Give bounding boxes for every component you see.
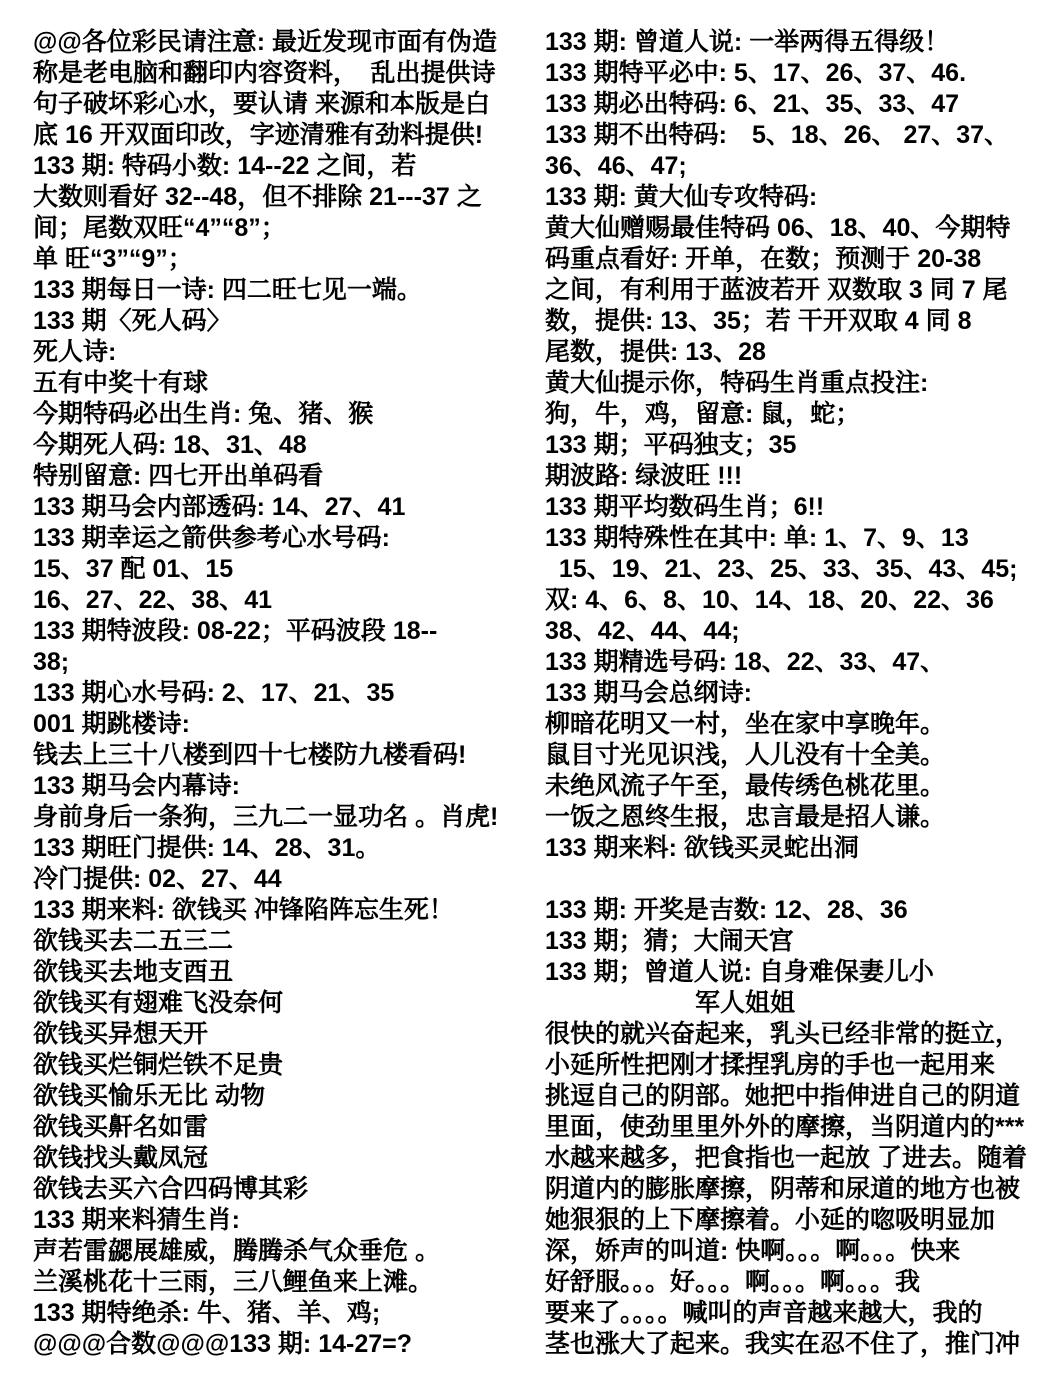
text-line: 133 期马会内部透码: 14、27、41 bbox=[33, 492, 538, 523]
text-line: 欲钱买愉乐无比 动物 bbox=[33, 1081, 538, 1112]
text-line: 133 期；猜；大闹天宫 bbox=[545, 926, 1045, 957]
text-line: 之间，有利用于蓝波若开 双数取 3 同 7 尾 bbox=[545, 275, 1045, 306]
text-line: 尾数，提供: 13、28 bbox=[545, 337, 1045, 368]
text-line: 黄大仙提示你，特码生肖重点投注: bbox=[545, 368, 1045, 399]
text-line: 声若雷勰展雄威，腾腾杀气众垂危 。 bbox=[33, 1236, 538, 1267]
text-line: 鼠目寸光见识浅，人儿没有十全美。 bbox=[545, 740, 1045, 771]
text-line: 兰溪桃花十三雨，三八鲤鱼来上滩。 bbox=[33, 1267, 538, 1298]
text-line: 大数则看好 32--48，但不排除 21---37 之 bbox=[33, 182, 538, 213]
text-line: 133 期马会内幕诗: bbox=[33, 771, 538, 802]
text-line: 133 期: 特码小数: 14--22 之间，若 bbox=[33, 151, 538, 182]
text-line: 欲钱找头戴凤冠 bbox=[33, 1143, 538, 1174]
text-line: 阴道内的膨胀摩擦，阴蒂和尿道的地方也被 bbox=[545, 1174, 1045, 1205]
text-line: 茎也涨大了起来。我实在忍不住了，推门冲 bbox=[545, 1329, 1045, 1360]
text-line: 单 旺“3”“9”； bbox=[33, 244, 538, 275]
text-line: 133 期特殊性在其中: 单: 1、7、9、13 bbox=[545, 523, 1045, 554]
text-line: 很快的就兴奋起来，乳头已经非常的挺立， bbox=[545, 1019, 1045, 1050]
text-line: 今期死人码: 18、31、48 bbox=[33, 430, 538, 461]
text-line: 数，提供: 13、35；若 干开双取 4 同 8 bbox=[545, 306, 1045, 337]
text-line: 133 期马会总纲诗: bbox=[545, 678, 1045, 709]
text-line: 133 期特平必中: 5、17、26、37、46. bbox=[545, 58, 1045, 89]
text-line: 深，娇声的叫道: 快啊。。。啊。。。快来 bbox=[545, 1236, 1045, 1267]
text-line: 里面，使劲里里外外的摩擦，当阴道内的*** bbox=[545, 1112, 1045, 1143]
text-line: 36、46、47; bbox=[545, 151, 1045, 182]
text-line: 挑逗自己的阴部。她把中指伸进自己的阴道 bbox=[545, 1081, 1045, 1112]
text-line: 133 期来料猜生肖: bbox=[33, 1205, 538, 1236]
text-line: 身前身后一条狗，三九二一显功名 。肖虎! bbox=[33, 802, 538, 833]
text-line: 一饭之恩终生报，忠言最是招人谦。 bbox=[545, 802, 1045, 833]
text-line: @@@合数@@@133 期: 14-27=? bbox=[33, 1329, 538, 1360]
text-line: 死人诗: bbox=[33, 337, 538, 368]
text-line: 133 期特波段: 08-22；平码波段 18-- bbox=[33, 616, 538, 647]
lottery-tips-page: @@各位彩民请注意: 最近发现市面有伪造称是老电脑和翻印内容资料， 乱出提供诗句… bbox=[0, 0, 1045, 1388]
text-line: 今期特码必出生肖: 兔、猪、猴 bbox=[33, 399, 538, 430]
text-line: 黄大仙赠赐最佳特码 06、18、40、今期特 bbox=[545, 213, 1045, 244]
text-line: 间；尾数双旺“4”“8”； bbox=[33, 213, 538, 244]
text-line: 133 期〈死人码〉 bbox=[33, 306, 538, 337]
text-line: 133 期；平码独支；35 bbox=[545, 430, 1045, 461]
text-line: 称是老电脑和翻印内容资料， 乱出提供诗 bbox=[33, 58, 538, 89]
text-line: 欲钱买烂铜烂铁不足贵 bbox=[33, 1050, 538, 1081]
text-line: 133 期必出特码: 6、21、35、33、47 bbox=[545, 89, 1045, 120]
text-line: 133 期来料: 欲钱买灵蛇出洞 bbox=[545, 833, 1045, 864]
text-line: @@各位彩民请注意: 最近发现市面有伪造 bbox=[33, 27, 538, 58]
text-line: 001 期跳楼诗: bbox=[33, 709, 538, 740]
text-line: 133 期每日一诗: 四二旺七见一端。 bbox=[33, 275, 538, 306]
text-line: 钱去上三十八楼到四十七楼防九楼看码! bbox=[33, 740, 538, 771]
text-line: 狗，牛，鸡，留意: 鼠，蛇； bbox=[545, 399, 1045, 430]
text-line: 15、37 配 01、15 bbox=[33, 554, 538, 585]
text-line: 38; bbox=[33, 647, 538, 678]
text-line: 欲钱买有翅难飞没奈何 bbox=[33, 988, 538, 1019]
text-line: 133 期来料: 欲钱买 冲锋陷阵忘生死！ bbox=[33, 895, 538, 926]
text-line: 欲钱买去地支酉丑 bbox=[33, 957, 538, 988]
text-line: 133 期心水号码: 2、17、21、35 bbox=[33, 678, 538, 709]
text-line: 38、42、44、44; bbox=[545, 616, 1045, 647]
text-line: 小延所性把刚才揉捏乳房的手也一起用来 bbox=[545, 1050, 1045, 1081]
text-line: 133 期精选号码: 18、22、33、47、 bbox=[545, 647, 1045, 678]
text-line: 水越来越多，把食指也一起放 了进去。随着 bbox=[545, 1143, 1045, 1174]
text-line: 底 16 开双面印改，字迹清雅有劲料提供! bbox=[33, 120, 538, 151]
text-line: 133 期旺门提供: 14、28、31。 bbox=[33, 833, 538, 864]
text-line: 133 期特绝杀: 牛、猪、羊、鸡; bbox=[33, 1298, 538, 1329]
text-line: 133 期平均数码生肖；6!! bbox=[545, 492, 1045, 523]
text-line: 15、19、21、23、25、33、35、43、45; bbox=[545, 554, 1045, 585]
text-line: 码重点看好: 开单，在数；预测于 20-38 bbox=[545, 244, 1045, 275]
text-line: 133 期不出特码: 5、18、26、 27、37、 bbox=[545, 120, 1045, 151]
text-line: 好舒服。。。好。。。啊。。。啊。。。我 bbox=[545, 1267, 1045, 1298]
text-line: 冷门提供: 02、27、44 bbox=[33, 864, 538, 895]
text-line: 她狠狠的上下摩擦着。小延的唿吸明显加 bbox=[545, 1205, 1045, 1236]
text-line: 133 期: 开奖是吉数: 12、28、36 bbox=[545, 895, 1045, 926]
text-line: 133 期: 曾道人说: 一举两得五得级！ bbox=[545, 27, 1045, 58]
text-line: 句子破坏彩心水，要认请 来源和本版是白 bbox=[33, 89, 538, 120]
text-line: 欲钱买鼾名如雷 bbox=[33, 1112, 538, 1143]
text-line: 133 期幸运之箭供参考心水号码: bbox=[33, 523, 538, 554]
text-line: 133 期；曾道人说: 自身难保妻儿小 bbox=[545, 957, 1045, 988]
text-line: 133 期: 黄大仙专攻特码: bbox=[545, 182, 1045, 213]
text-line: 双: 4、6、8、10、14、18、20、22、36 bbox=[545, 585, 1045, 616]
text-line: 五有中奖十有球 bbox=[33, 368, 538, 399]
text-line: 要来了。。。。喊叫的声音越来越大，我的 bbox=[545, 1298, 1045, 1329]
text-line: 特别留意: 四七开出单码看 bbox=[33, 461, 538, 492]
text-line: 期波路: 绿波旺 !!! bbox=[545, 461, 1045, 492]
right-column: 133 期: 曾道人说: 一举两得五得级！133 期特平必中: 5、17、26、… bbox=[545, 27, 1045, 1360]
text-line: 欲钱买异想天开 bbox=[33, 1019, 538, 1050]
left-column: @@各位彩民请注意: 最近发现市面有伪造称是老电脑和翻印内容资料， 乱出提供诗句… bbox=[33, 27, 538, 1360]
text-line bbox=[545, 864, 1045, 895]
text-line: 未绝风流子午至，最传绣色桃花里。 bbox=[545, 771, 1045, 802]
text-line: 16、27、22、38、41 bbox=[33, 585, 538, 616]
text-line: 欲钱去买六合四码博其彩 bbox=[33, 1174, 538, 1205]
text-line: 军人姐姐 bbox=[545, 988, 1045, 1019]
text-line: 柳暗花明又一村，坐在家中享晚年。 bbox=[545, 709, 1045, 740]
text-line: 欲钱买去二五三二 bbox=[33, 926, 538, 957]
